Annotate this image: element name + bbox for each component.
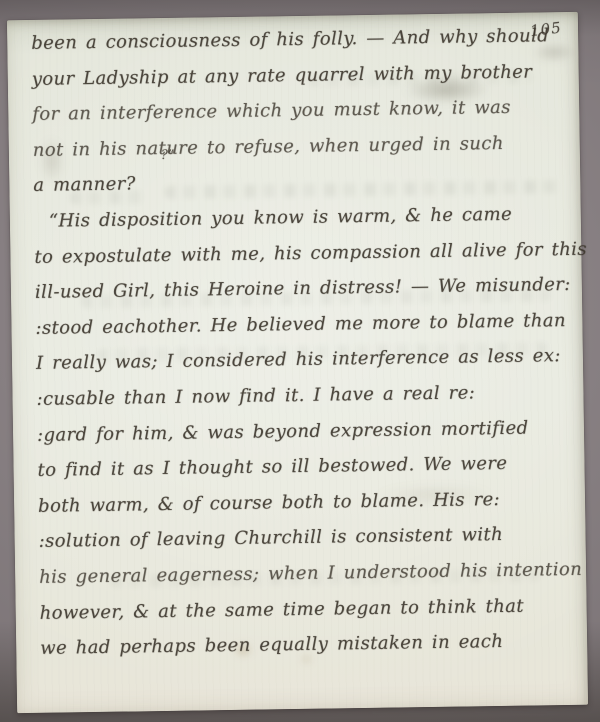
manuscript-line-18: we had perhaps been equally mistaken in … <box>40 623 576 667</box>
photo-mount-background: 105 been a consciousness of his folly. —… <box>0 0 600 722</box>
manuscript-text-block: been a consciousness of his folly. — And… <box>31 18 576 667</box>
manuscript-page: 105 been a consciousness of his folly. —… <box>7 12 588 713</box>
interlinear-insertion-punctuation: ?” <box>161 148 175 163</box>
